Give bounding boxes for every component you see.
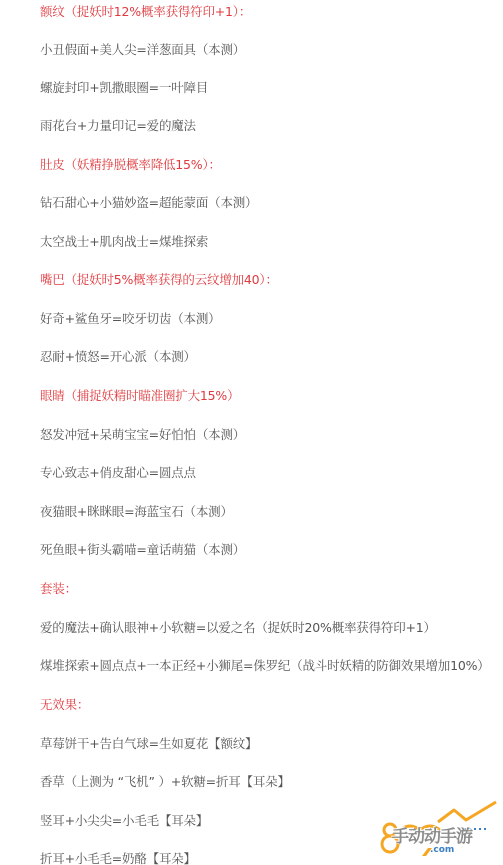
watermark-domain-text: .com: [430, 845, 454, 855]
recipe-line: 夜猫眼+眯眯眼=海蓝宝石（本测）: [40, 504, 233, 520]
section-heading-belly: 肚皮（妖精挣脱概率降低15%）：: [40, 157, 221, 173]
recipe-line: 忍耐+愤怒=开心派（本测）: [40, 349, 196, 365]
recipe-line: 香草（上测为 “飞机” ）+软糖=折耳【耳朵】: [40, 774, 290, 790]
recipe-line: 折耳+小毛毛=奶酪【耳朵】: [40, 851, 196, 865]
recipe-line: 怒发冲冠+呆萌宝宝=好怕怕（本测）: [40, 427, 245, 443]
recipe-line: 雨花台+力量印记=爱的魔法: [40, 118, 196, 134]
watermark-brand-text: 手动动手游: [392, 822, 472, 847]
site-watermark-logo: 手动动手游 .com: [376, 800, 503, 865]
recipe-line: 小丑假面+美人尖=洋葱面具（本测）: [40, 42, 245, 58]
recipe-line: 螺旋封印+凯撒眼圈=一叶障目: [40, 80, 208, 96]
recipe-line: 专心致志+俏皮甜心=圆点点: [40, 465, 196, 481]
recipe-line: 好奇+鲨鱼牙=咬牙切齿（本测）: [40, 311, 220, 327]
recipe-line: 煤堆探索+圆点点+一本正经+小狮尾=侏罗纪（战斗时妖精的防御效果增加10%）: [40, 658, 490, 674]
recipe-line: 钻石甜心+小猫妙盗=超能蒙面（本测）: [40, 195, 257, 211]
recipe-line: 草莓饼干+告白气球=生如夏花【额纹】: [40, 736, 257, 752]
recipe-line: 死鱼眼+街头霸喵=童话萌猫（本测）: [40, 542, 245, 558]
recipe-line: 爱的魔法+确认眼神+小软糖=以爱之名（捉妖时20%概率获得符印+1）: [40, 620, 436, 636]
section-heading-mouth: 嘴巴（捉妖时5%概率获得的云纹增加40）：: [40, 272, 278, 288]
section-heading-eyes: 眼睛（捕捉妖精时瞄准圈扩大15%）: [40, 388, 239, 404]
recipe-line: 太空战士+肌肉战士=煤堆探索: [40, 234, 208, 250]
section-heading-sets: 套装：: [40, 581, 77, 597]
section-heading-forehead: 额纹（捉妖时12%概率获得符印+1）：: [40, 4, 251, 20]
recipe-line: 竖耳+小尖尖=小毛毛【耳朵】: [40, 813, 208, 829]
section-heading-no-effect: 无效果：: [40, 697, 89, 713]
